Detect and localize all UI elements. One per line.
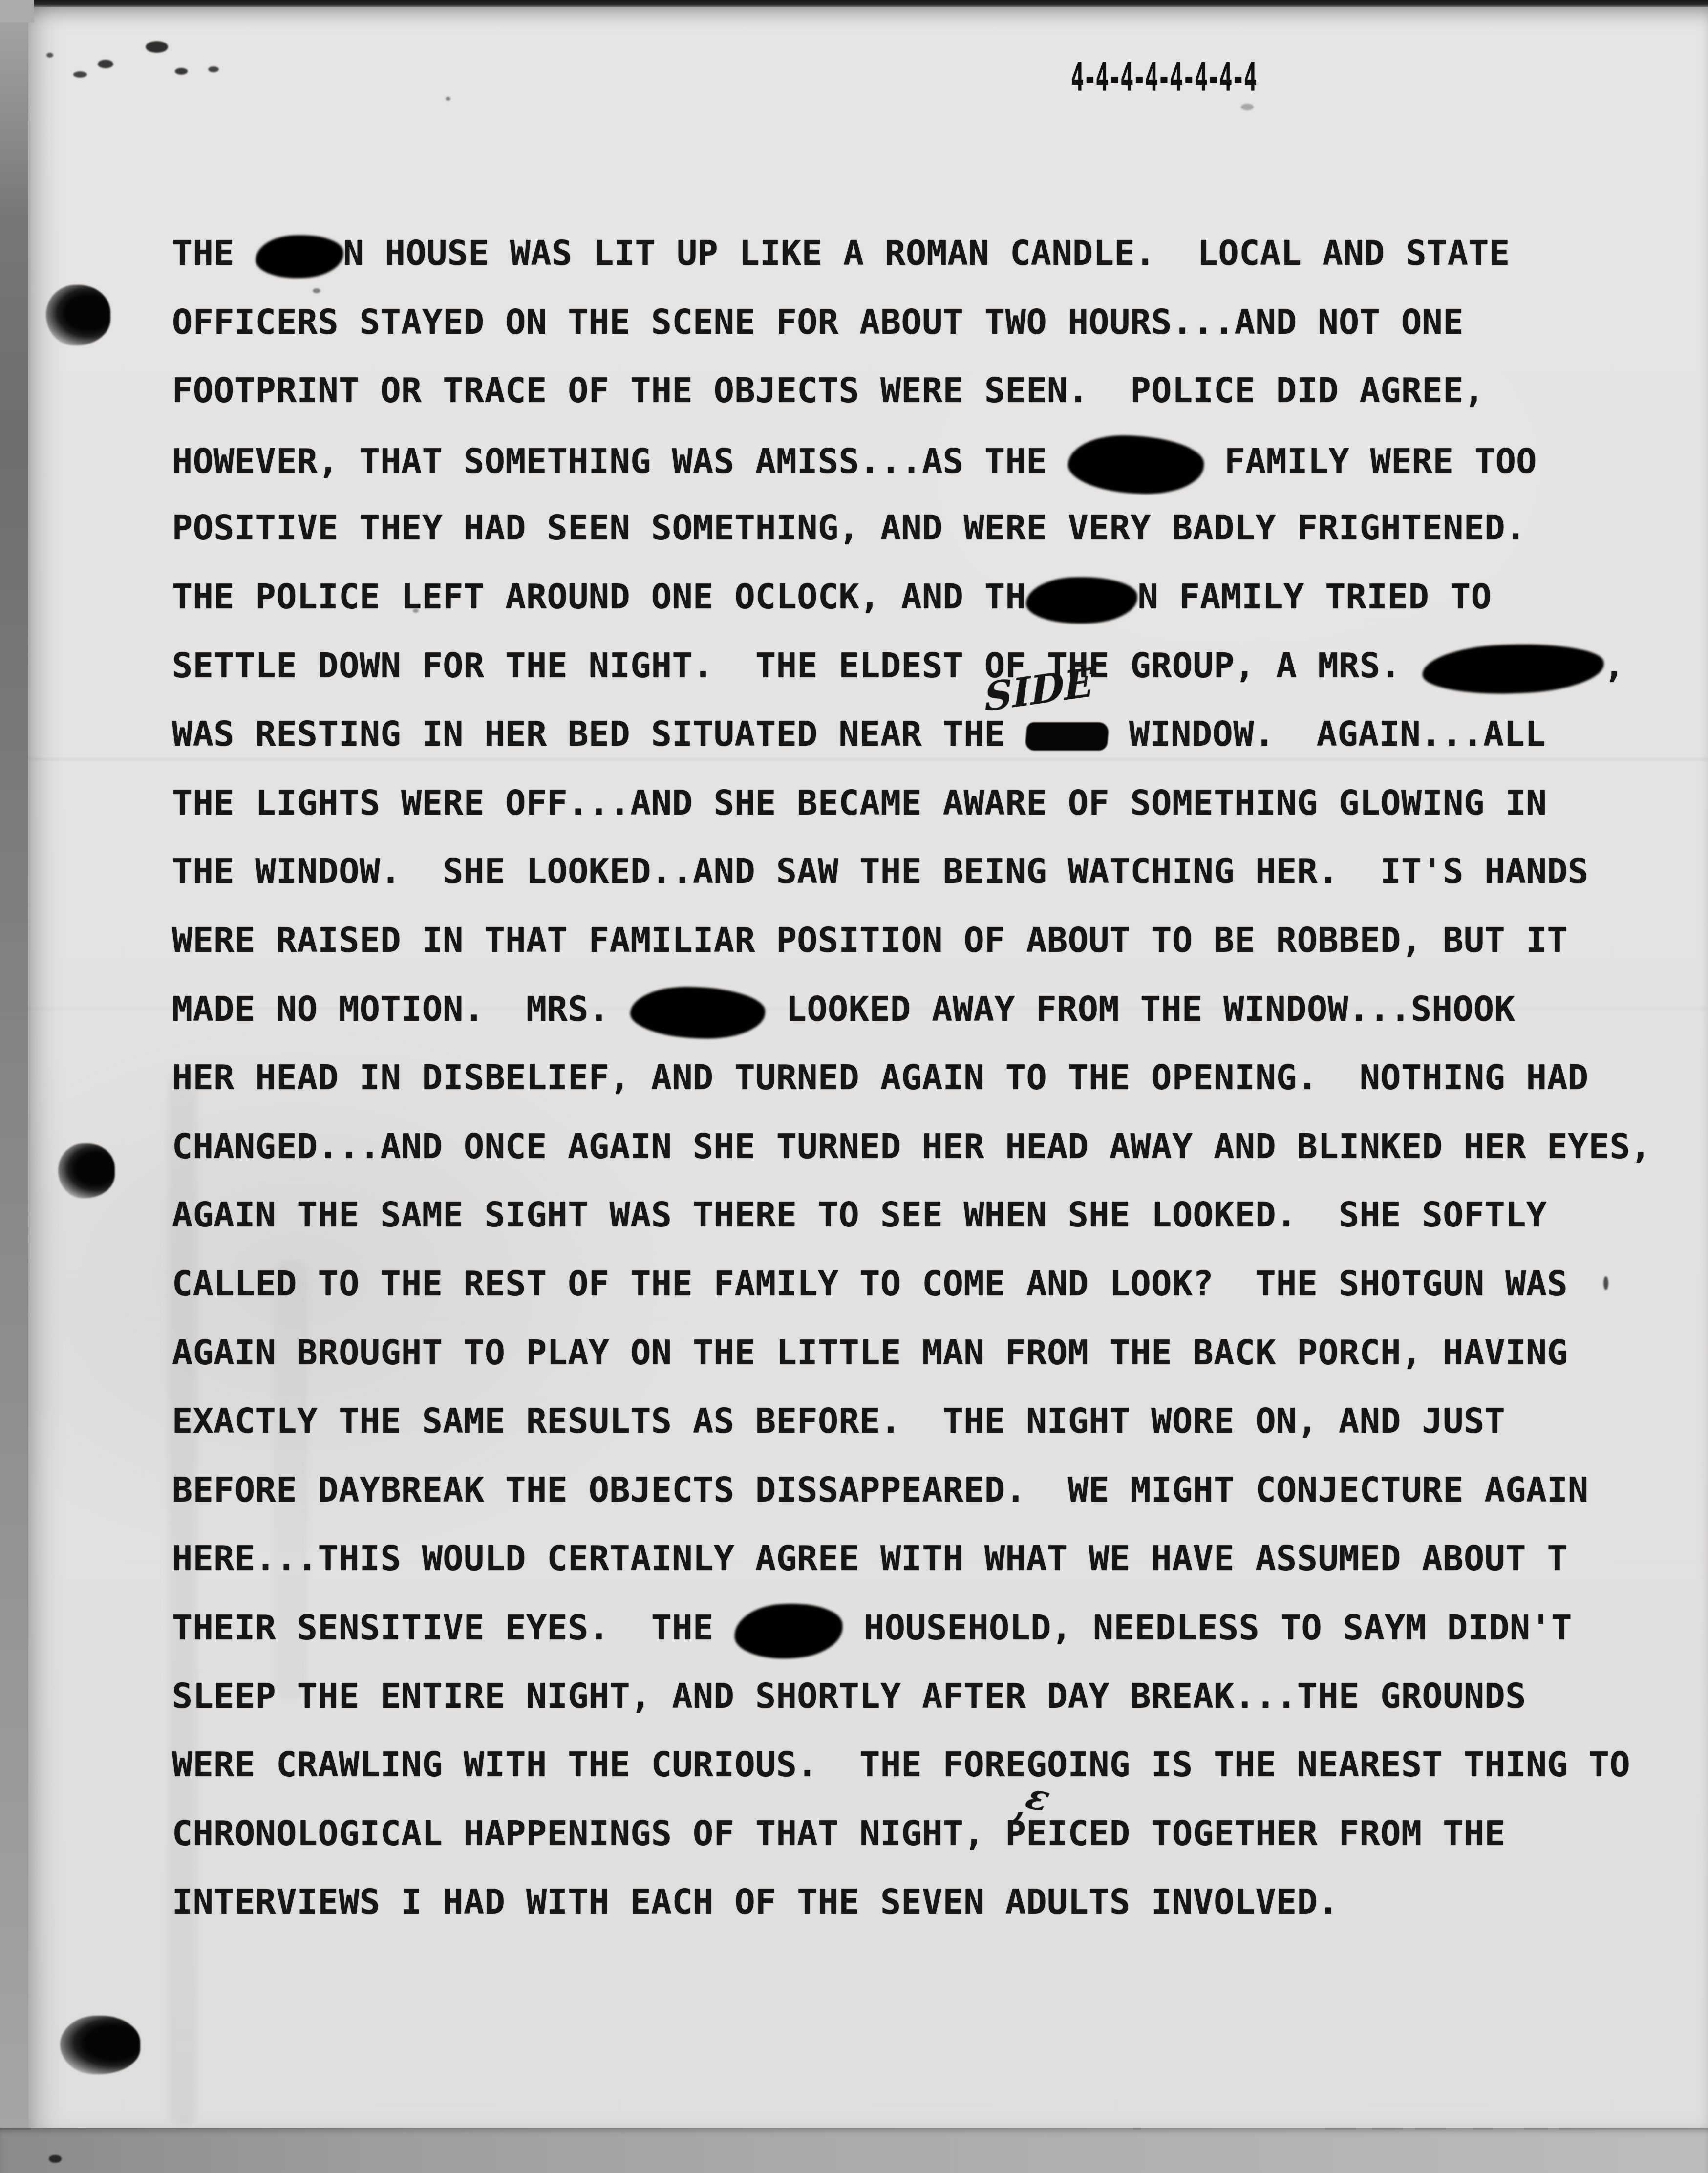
hole-punch-mark	[58, 1143, 115, 1198]
hole-punch-mark	[60, 2016, 140, 2074]
scan-edge-left	[0, 0, 28, 2173]
typed-line: FOOTPRINT OR TRACE OF THE OBJECTS WERE S…	[172, 367, 1485, 414]
typed-text: HERE...THIS WOULD CERTAINLY AGREE WITH W…	[172, 1538, 1568, 1578]
typed-text: WINDOW. AGAIN...ALL	[1108, 714, 1546, 754]
typed-text: CHRONOLOGICAL HAPPENINGS OF THAT NIGHT, …	[172, 1813, 1505, 1853]
ink-speck	[1241, 104, 1254, 110]
ink-speck	[446, 97, 450, 101]
typed-text: BEFORE DAYBREAK THE OBJECTS DISSAPPEARED…	[172, 1470, 1589, 1510]
redaction-mark	[1421, 642, 1604, 697]
typed-line: AGAIN THE SAME SIGHT WAS THERE TO SEE WH…	[172, 1191, 1547, 1238]
hole-punch-mark	[46, 285, 110, 345]
typed-line: CALLED TO THE REST OF THE FAMILY TO COME…	[172, 1260, 1568, 1307]
typed-line: OFFICERS STAYED ON THE SCENE FOR ABOUT T…	[172, 299, 1464, 345]
ink-speck	[208, 66, 219, 72]
scanned-document-page: 4-4-4-4-4-4-4-4 THE N HOUSE WAS LIT UP L…	[0, 0, 1708, 2173]
ink-speck	[1603, 1276, 1608, 1290]
ink-speck	[73, 71, 87, 78]
typed-text: HOWEVER, THAT SOMETHING WAS AMISS...AS T…	[172, 441, 1068, 481]
typed-text: AGAIN BROUGHT TO PLAY ON THE LITTLE MAN …	[172, 1333, 1568, 1373]
typed-text: CHANGED...AND ONCE AGAIN SHE TURNED HER …	[172, 1126, 1651, 1166]
ink-speck	[175, 68, 188, 75]
ink-speck	[146, 41, 168, 53]
typed-text: WAS RESTING IN HER BED SITUATED NEAR THE	[172, 714, 1026, 754]
ink-speck	[46, 53, 53, 58]
typed-line: EXACTLY THE SAME RESULTS AS BEFORE. THE …	[172, 1398, 1505, 1444]
typed-text: FOOTPRINT OR TRACE OF THE OBJECTS WERE S…	[172, 370, 1485, 410]
redaction-mark	[629, 985, 766, 1041]
scan-background-bottom	[0, 2128, 1708, 2173]
typed-line: HERE...THIS WOULD CERTAINLY AGREE WITH W…	[172, 1535, 1568, 1582]
typed-line: THEIR SENSITIVE EYES. THE HOUSEHOLD, NEE…	[172, 1604, 1572, 1651]
typed-text: THE POLICE LEFT AROUND ONE OCLOCK, AND T…	[172, 577, 1026, 617]
ink-speck	[313, 288, 320, 293]
typed-text: HOUSEHOLD, NEEDLESS TO SAYM DIDN'T	[843, 1608, 1572, 1648]
scan-streak	[28, 758, 1708, 760]
ink-speck	[413, 609, 419, 613]
redaction-mark	[255, 234, 344, 280]
redaction-mark	[1026, 576, 1138, 624]
typed-line: WERE RAISED IN THAT FAMILIAR POSITION OF…	[172, 917, 1568, 964]
typed-line: THE N HOUSE WAS LIT UP LIKE A ROMAN CAND…	[172, 230, 1510, 277]
typed-line: THE POLICE LEFT AROUND ONE OCLOCK, AND T…	[172, 573, 1492, 620]
ink-speck	[98, 60, 113, 68]
typed-line: SETTLE DOWN FOR THE NIGHT. THE ELDEST OF…	[172, 642, 1624, 689]
typed-text: EXACTLY THE SAME RESULTS AS BEFORE. THE …	[172, 1401, 1505, 1441]
typed-text: CALLED TO THE REST OF THE FAMILY TO COME…	[172, 1264, 1568, 1304]
typed-text: ,	[1604, 645, 1625, 686]
typed-line: THE LIGHTS WERE OFF...AND SHE BECAME AWA…	[172, 779, 1547, 826]
typed-line: THE WINDOW. SHE LOOKED..AND SAW THE BEIN…	[172, 848, 1589, 895]
typed-line: HOWEVER, THAT SOMETHING WAS AMISS...AS T…	[172, 436, 1537, 483]
typed-text: N FAMILY TRIED TO	[1137, 577, 1492, 617]
typed-line: INTERVIEWS I HAD WITH EACH OF THE SEVEN …	[172, 1878, 1339, 1925]
typed-text: THE LIGHTS WERE OFF...AND SHE BECAME AWA…	[172, 783, 1547, 823]
typed-line: POSITIVE THEY HAD SEEN SOMETHING, AND WE…	[172, 504, 1526, 551]
typed-line: HER HEAD IN DISBELIEF, AND TURNED AGAIN …	[172, 1054, 1589, 1101]
typed-text: AGAIN THE SAME SIGHT WAS THERE TO SEE WH…	[172, 1195, 1547, 1235]
typed-line: BEFORE DAYBREAK THE OBJECTS DISSAPPEARED…	[172, 1466, 1589, 1513]
typed-line: WAS RESTING IN HER BED SITUATED NEAR THE…	[172, 710, 1546, 757]
scan-streak	[28, 1008, 1708, 1010]
typed-line: SLEEP THE ENTIRE NIGHT, AND SHORTLY AFTE…	[172, 1673, 1526, 1720]
typed-line: WERE CRAWLING WITH THE CURIOUS. THE FORE…	[172, 1741, 1630, 1788]
typed-text: SLEEP THE ENTIRE NIGHT, AND SHORTLY AFTE…	[172, 1676, 1526, 1716]
struck-out-word	[1025, 722, 1110, 751]
typed-line: CHRONOLOGICAL HAPPENINGS OF THAT NIGHT, …	[172, 1810, 1505, 1857]
ink-speck	[49, 2155, 62, 2163]
typed-text: THEIR SENSITIVE EYES. THE	[172, 1608, 734, 1648]
typed-text: THE WINDOW. SHE LOOKED..AND SAW THE BEIN…	[172, 851, 1589, 891]
page-number-header: 4-4-4-4-4-4-4-4	[1071, 55, 1256, 100]
typed-line: CHANGED...AND ONCE AGAIN SHE TURNED HER …	[172, 1123, 1651, 1170]
typed-text: WERE CRAWLING WITH THE CURIOUS. THE FORE…	[172, 1744, 1630, 1785]
typed-text: HER HEAD IN DISBELIEF, AND TURNED AGAIN …	[172, 1057, 1589, 1097]
scan-corner-top-left	[0, 0, 34, 22]
typed-text: WERE RAISED IN THAT FAMILIAR POSITION OF…	[172, 920, 1568, 960]
scan-noise-band	[274, 1261, 308, 1700]
typed-text: INTERVIEWS I HAD WITH EACH OF THE SEVEN …	[172, 1882, 1339, 1922]
typed-text: FAMILY WERE TOO	[1204, 441, 1537, 481]
typed-text: POSITIVE THEY HAD SEEN SOMETHING, AND WE…	[172, 508, 1526, 548]
typed-text: THE	[172, 233, 256, 273]
typed-text: OFFICERS STAYED ON THE SCENE FOR ABOUT T…	[172, 302, 1464, 342]
scan-edge-top	[28, 0, 1708, 7]
typed-line: AGAIN BROUGHT TO PLAY ON THE LITTLE MAN …	[172, 1329, 1568, 1376]
typed-text: N HOUSE WAS LIT UP LIKE A ROMAN CANDLE. …	[343, 233, 1510, 273]
scan-noise-band	[169, 1070, 197, 2126]
typed-text: SETTLE DOWN FOR THE NIGHT. THE ELDEST OF…	[172, 645, 1422, 686]
